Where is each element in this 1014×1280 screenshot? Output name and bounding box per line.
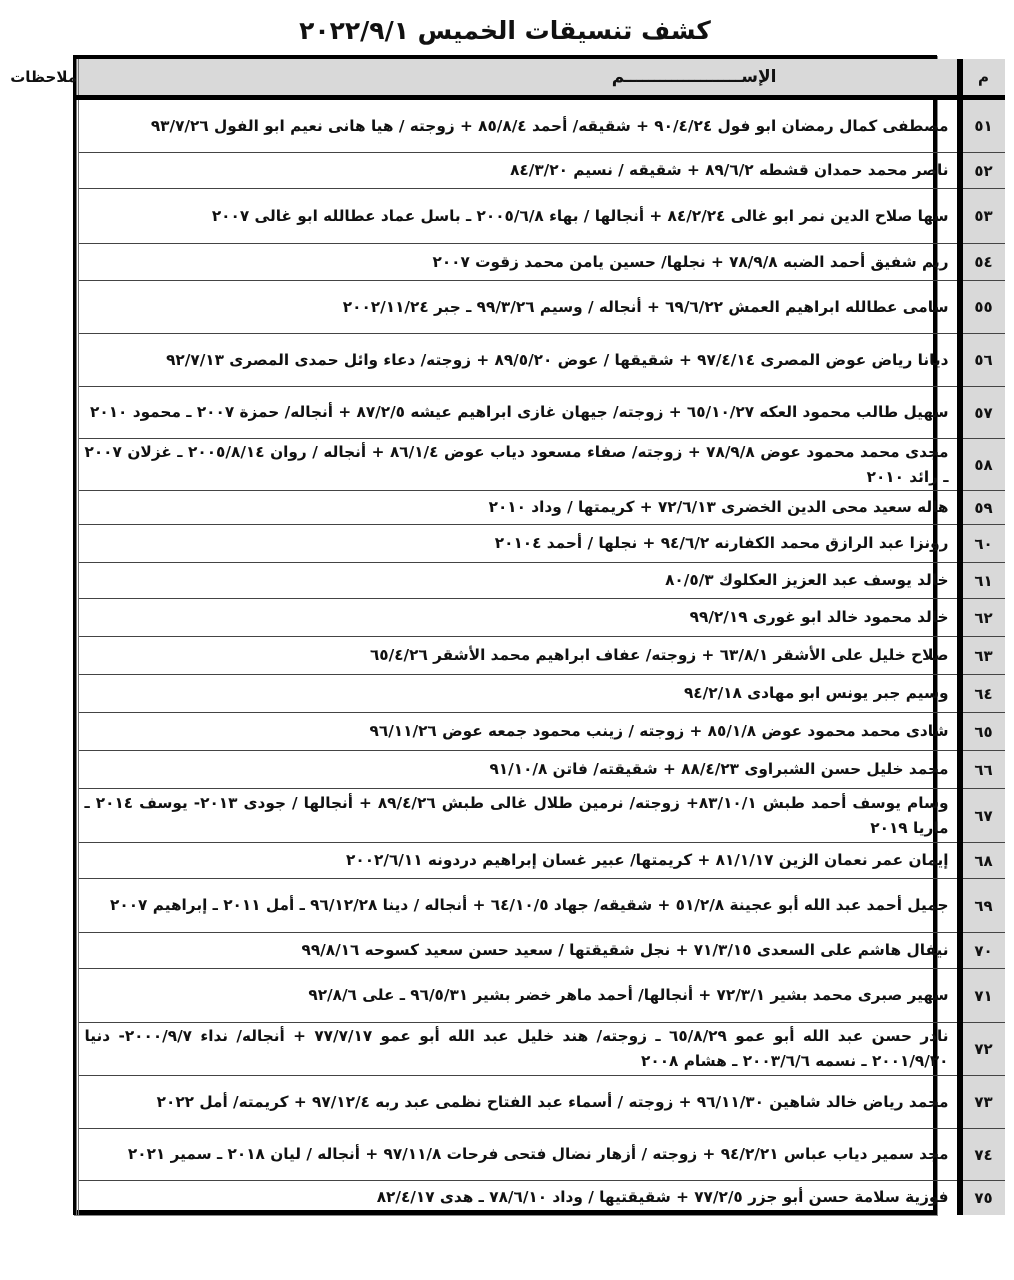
row-name-details: ريم شفيق أحمد الضبه ٧٨/٩/٨ + نجلها/ حسين… [77,244,960,281]
row-name-details: محمد رياض خالد شاهين ٩٦/١١/٣٠ + زوجته / … [77,1076,960,1129]
row-number: ٦٦ [960,751,1005,789]
row-number: ٥٩ [960,491,1005,525]
row-number: ٦٣ [960,637,1005,675]
table-row: ٧٣محمد رياض خالد شاهين ٩٦/١١/٣٠ + زوجته … [77,1076,1005,1129]
table-row: ٦٢خالد محمود خالد ابو غورى ٩٩/٢/١٩ [77,599,1005,637]
row-name-details: شادى محمد محمود عوض ٨٥/١/٨ + زوجته / زين… [77,713,960,751]
row-number: ٧٤ [960,1129,1005,1181]
table-row: ٦٥شادى محمد محمود عوض ٨٥/١/٨ + زوجته / ز… [77,713,1005,751]
names-table: م الإســــــــــــــــــــم ملاحظات ٥١مص… [77,59,1005,1215]
table-row: ٧١سهير صبرى محمد بشير ٧٢/٣/١ + أنجالها/ … [77,969,1005,1023]
row-number: ٧٠ [960,933,1005,969]
row-number: ٧٣ [960,1076,1005,1129]
row-name-details: سهير صبرى محمد بشير ٧٢/٣/١ + أنجالها/ أح… [77,969,960,1023]
row-number: ٦٧ [960,789,1005,843]
column-header-number: م [960,59,1005,98]
row-number: ٧٢ [960,1023,1005,1076]
table-row: ٥٩هاله سعيد محى الدين الخضرى ٧٢/٦/١٣ + ك… [77,491,1005,525]
row-number: ٧١ [960,969,1005,1023]
row-name-details: وسام يوسف أحمد طبش ٨٣/١٠/١+ زوجته/ نرمين… [77,789,960,843]
row-name-details: جميل أحمد عبد الله أبو عجينة ٥١/٢/٨ + شق… [77,879,960,933]
row-name-details: إيمان عمر نعمان الزين ٨١/١/١٧ + كريمتها/… [77,843,960,879]
row-name-details: ديانا رياض عوض المصرى ٩٧/٤/١٤ + شقيقها /… [77,334,960,387]
table-row: ٦١خالد يوسف عبد العزيز العكلوك ٨٠/٥/٣ [77,563,1005,599]
row-name-details: سها صلاح الدين نمر ابو غالى ٨٤/٢/٢٤ + أن… [77,189,960,244]
row-name-details: مجدى محمد محمود عوض ٧٨/٩/٨ + زوجته/ صفاء… [77,439,960,491]
table-body: ٥١مصطفى كمال رمضان ابو فول ٩٠/٤/٢٤ + شقي… [77,98,1005,1215]
row-number: ٥١ [960,98,1005,153]
row-number: ٥٤ [960,244,1005,281]
table-row: ٦٩جميل أحمد عبد الله أبو عجينة ٥١/٢/٨ + … [77,879,1005,933]
row-name-details: نادر حسن عبد الله أبو عمو ٦٥/٨/٢٩ ـ زوجت… [77,1023,960,1076]
row-number: ٦٥ [960,713,1005,751]
row-name-details: صلاح خليل على الأشقر ٦٣/٨/١ + زوجته/ عفا… [77,637,960,675]
row-number: ٦١ [960,563,1005,599]
row-number: ٧٥ [960,1181,1005,1215]
table-row: ٦٧وسام يوسف أحمد طبش ٨٣/١٠/١+ زوجته/ نرم… [77,789,1005,843]
row-name-details: مصطفى كمال رمضان ابو فول ٩٠/٤/٢٤ + شقيقه… [77,98,960,153]
row-number: ٥٢ [960,153,1005,189]
document-title: كشف تنسيقات الخميس ٢٠٢٢/٩/١ [0,14,1014,48]
table-row: ٦٨إيمان عمر نعمان الزين ٨١/١/١٧ + كريمته… [77,843,1005,879]
row-name-details: رونزا عبد الرازق محمد الكفارنه ٩٤/٦/٢ + … [77,525,960,563]
row-name-details: وسيم جبر يونس ابو مهادى ٩٤/٢/١٨ [77,675,960,713]
table-row: ٧٥فوزية سلامة حسن أبو جزر ٧٧/٢/٥ + شقيقت… [77,1181,1005,1215]
row-number: ٥٨ [960,439,1005,491]
table-row: ٥٤ريم شفيق أحمد الضبه ٧٨/٩/٨ + نجلها/ حس… [77,244,1005,281]
row-number: ٦٠ [960,525,1005,563]
table-header-row: م الإســــــــــــــــــــم ملاحظات [77,59,1005,98]
table-row: ٥٦ديانا رياض عوض المصرى ٩٧/٤/١٤ + شقيقها… [77,334,1005,387]
row-name-details: خالد محمود خالد ابو غورى ٩٩/٢/١٩ [77,599,960,637]
row-name-details: فوزية سلامة حسن أبو جزر ٧٧/٢/٥ + شقيقتيه… [77,1181,960,1215]
row-number: ٥٦ [960,334,1005,387]
coordination-table: م الإســــــــــــــــــــم ملاحظات ٥١مص… [73,55,937,1215]
column-header-name: الإســــــــــــــــــــم [77,59,960,98]
row-number: ٥٥ [960,281,1005,334]
row-name-details: نيفال هاشم على السعدى ٧١/٣/١٥ + نجل شقيق… [77,933,960,969]
title-text: كشف تنسيقات الخميس ٢٠٢٢/٩/١ [299,14,711,48]
table-row: ٦٣صلاح خليل على الأشقر ٦٣/٨/١ + زوجته/ ع… [77,637,1005,675]
table-row: ٦٦محمد خليل حسن الشبراوى ٨٨/٤/٢٣ + شقيقت… [77,751,1005,789]
table-row: ٦٤وسيم جبر يونس ابو مهادى ٩٤/٢/١٨ [77,675,1005,713]
row-name-details: هاله سعيد محى الدين الخضرى ٧٢/٦/١٣ + كري… [77,491,960,525]
table-row: ٧٠نيفال هاشم على السعدى ٧١/٣/١٥ + نجل شق… [77,933,1005,969]
table-row: ٧٤مجد سمير دياب عباس ٩٤/٢/٢١ + زوجته / أ… [77,1129,1005,1181]
row-number: ٦٢ [960,599,1005,637]
row-name-details: خالد يوسف عبد العزيز العكلوك ٨٠/٥/٣ [77,563,960,599]
row-number: ٥٣ [960,189,1005,244]
table-row: ٥٧سهيل طالب محمود العكه ٦٥/١٠/٢٧ + زوجته… [77,387,1005,439]
row-name-details: سامى عطالله ابراهيم العمش ٦٩/٦/٢٢ + أنجا… [77,281,960,334]
row-name-details: مجد سمير دياب عباس ٩٤/٢/٢١ + زوجته / أزه… [77,1129,960,1181]
table-row: ٥٥سامى عطالله ابراهيم العمش ٦٩/٦/٢٢ + أن… [77,281,1005,334]
table-row: ٦٠رونزا عبد الرازق محمد الكفارنه ٩٤/٦/٢ … [77,525,1005,563]
row-name-details: ناصر محمد حمدان قشطه ٨٩/٦/٢ + شقيقه / نس… [77,153,960,189]
table-row: ٧٢نادر حسن عبد الله أبو عمو ٦٥/٨/٢٩ ـ زو… [77,1023,1005,1076]
row-number: ٦٩ [960,879,1005,933]
table-row: ٥٨مجدى محمد محمود عوض ٧٨/٩/٨ + زوجته/ صف… [77,439,1005,491]
table-row: ٥٣سها صلاح الدين نمر ابو غالى ٨٤/٢/٢٤ + … [77,189,1005,244]
row-number: ٥٧ [960,387,1005,439]
table-row: ٥٢ناصر محمد حمدان قشطه ٨٩/٦/٢ + شقيقه / … [77,153,1005,189]
row-number: ٦٨ [960,843,1005,879]
row-name-details: محمد خليل حسن الشبراوى ٨٨/٤/٢٣ + شقيقته/… [77,751,960,789]
table-row: ٥١مصطفى كمال رمضان ابو فول ٩٠/٤/٢٤ + شقي… [77,98,1005,153]
row-name-details: سهيل طالب محمود العكه ٦٥/١٠/٢٧ + زوجته/ … [77,387,960,439]
row-number: ٦٤ [960,675,1005,713]
